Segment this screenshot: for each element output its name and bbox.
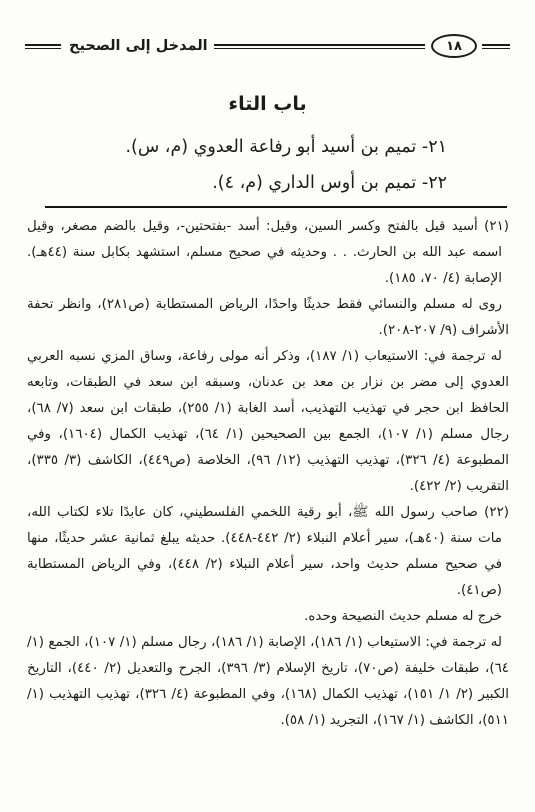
footnote-21-paragraph: (٢١) أسيد قيل بالفتح وكسر السين، وقيل: أ… (27, 214, 509, 292)
header-rule-middle (214, 44, 425, 49)
book-page: ١٨ المدخل إلى الصحيح باب التاء ٢١- تميم … (0, 0, 535, 812)
entry-item: ٢١- تميم بن أسيد أبو رفاعة العدوي (م، س)… (25, 132, 447, 162)
footnotes-section: (٢١) أسيد قيل بالفتح وكسر السين، وقيل: أ… (27, 214, 509, 734)
footnote-21-paragraph: روى له مسلم والنسائي فقط حديثًا واحدًا، … (27, 292, 509, 344)
header-rule-right (482, 44, 510, 49)
page-number: ١٨ (446, 39, 462, 54)
footnote-22-paragraph: خرج له مسلم حديث النصيحة وحده. (27, 604, 509, 630)
chapter-heading: باب التاء (0, 91, 535, 117)
footnote-separator (45, 206, 507, 208)
footnote-21-paragraph: له ترجمة في: الاستيعاب (١/ ١٨٧)، وذكر أن… (27, 344, 509, 500)
entry-list: ٢١- تميم بن أسيد أبو رفاعة العدوي (م، س)… (25, 132, 447, 198)
footnote-22-paragraph: (٢٢) صاحب رسول الله ﷺ، أبو رقية اللخمي ا… (27, 500, 509, 604)
entry-item: ٢٢- تميم بن أوس الداري (م، ٤). (25, 168, 447, 198)
page-number-badge: ١٨ (431, 34, 477, 58)
header-rule-left (25, 44, 61, 49)
footnote-22-paragraph: له ترجمة في: الاستيعاب (١/ ١٨٦)، الإصابة… (27, 630, 509, 734)
book-title: المدخل إلى الصحيح (69, 38, 208, 54)
page-header: ١٨ المدخل إلى الصحيح (25, 34, 510, 58)
